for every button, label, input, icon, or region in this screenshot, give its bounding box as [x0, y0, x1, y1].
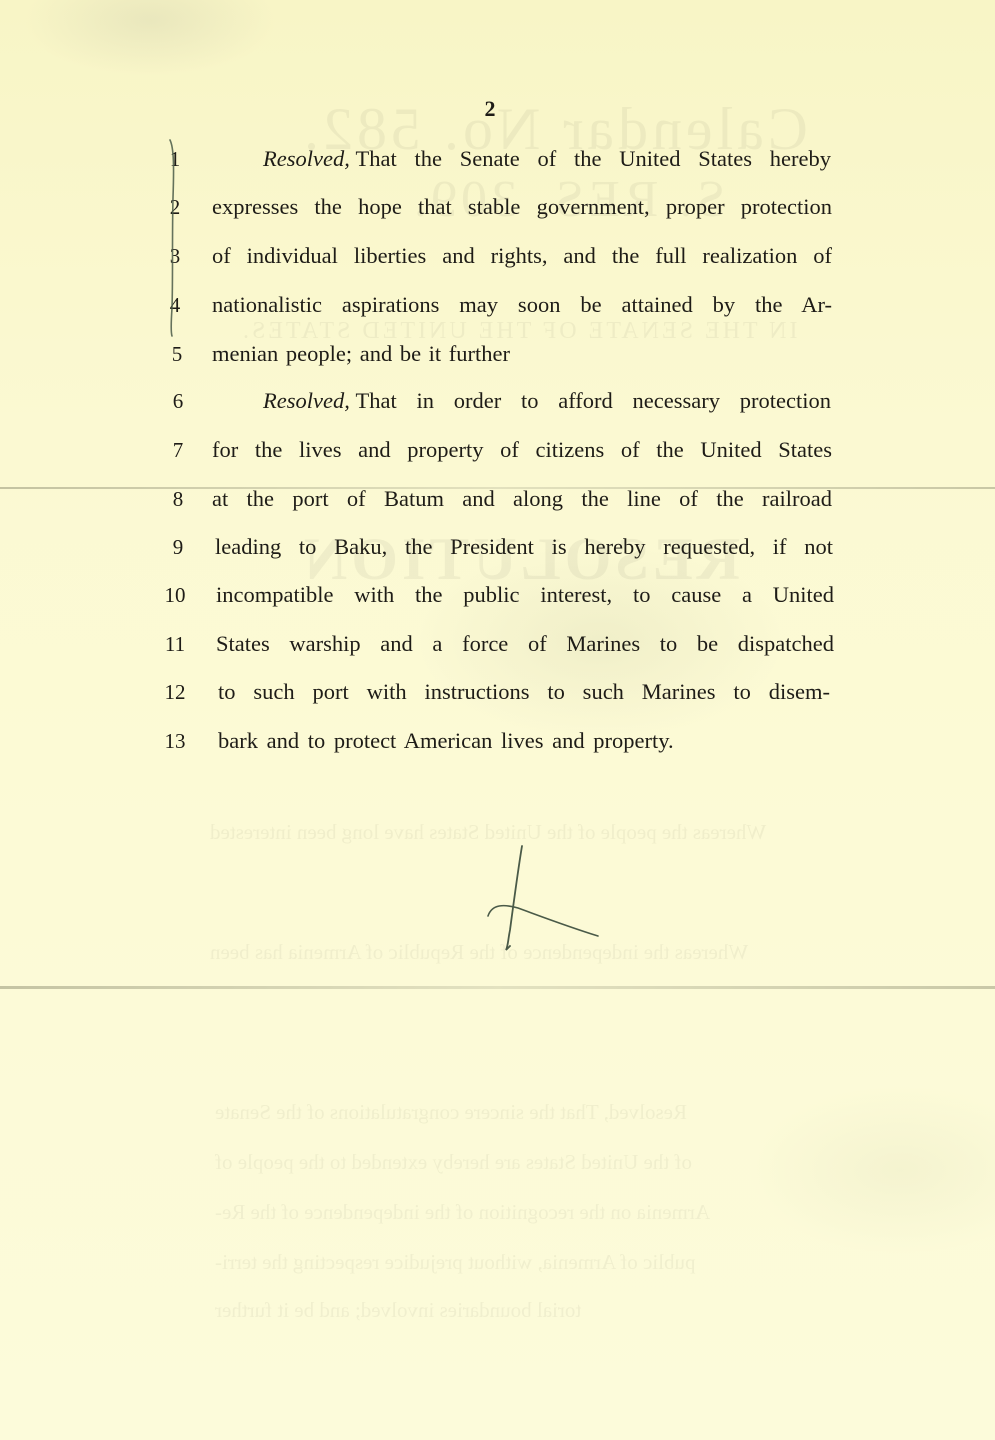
- line-text: of individual liberties and rights, and …: [212, 241, 832, 271]
- bleed-through-body-6: public of Armenia, without prejudice res…: [215, 1250, 696, 1275]
- line-text: bark and to protect American lives and p…: [218, 726, 838, 756]
- text-line: 2 expresses the hope that stable governm…: [0, 192, 995, 222]
- text-line: 1 Resolved, That the Senate of the Unite…: [0, 144, 995, 174]
- line-content: Resolved, That the Senate of the United …: [263, 144, 831, 174]
- line-text: nationalistic aspirations may soon be at…: [212, 290, 832, 320]
- text-line: 3 of individual liberties and rights, an…: [0, 241, 995, 271]
- text-line: 6 Resolved, That in order to afford nece…: [0, 386, 995, 416]
- resolved-italic: Resolved,: [263, 386, 350, 416]
- line-text: for the lives and property of citizens o…: [212, 435, 832, 465]
- text-line: 11 States warship and a force of Marines…: [0, 629, 995, 659]
- line-text: incompatible with the public interest, t…: [216, 580, 834, 610]
- line-number: 13: [155, 726, 195, 756]
- line-number: 11: [155, 629, 195, 659]
- line-text: menian people; and be it further: [212, 339, 832, 369]
- line-text: That the Senate of the United States her…: [355, 144, 831, 174]
- page-number: 2: [0, 96, 980, 122]
- bleed-through-body-4: of the United States are hereby extended…: [215, 1150, 692, 1175]
- line-text: expresses the hope that stable governmen…: [212, 192, 832, 222]
- line-text: That in order to afford necessary protec…: [355, 386, 831, 416]
- line-content: Resolved, That in order to afford necess…: [263, 386, 831, 416]
- text-line: 10 incompatible with the public interest…: [0, 580, 995, 610]
- bleed-through-body-7: torial boundaries involved; and be it fu…: [215, 1298, 581, 1323]
- text-line: 8 at the port of Batum and along the lin…: [0, 484, 995, 514]
- line-number: 12: [155, 677, 195, 707]
- bleed-through-body-5: Armenia on the recognition of the indepe…: [215, 1200, 710, 1225]
- pencil-cross-mark-icon: [470, 840, 610, 960]
- line-number: 10: [155, 580, 195, 610]
- line-number: 6: [158, 386, 198, 416]
- text-line: 12 to such port with instructions to suc…: [0, 677, 995, 707]
- text-line: 13 bark and to protect American lives an…: [0, 726, 995, 756]
- resolved-italic: Resolved,: [263, 144, 350, 174]
- text-line: 9 leading to Baku, the President is here…: [0, 532, 995, 562]
- line-number: 5: [157, 339, 197, 369]
- line-number: 7: [158, 435, 198, 465]
- line-text: States warship and a force of Marines to…: [216, 629, 834, 659]
- pencil-margin-line-icon: [160, 138, 190, 338]
- line-number: 9: [158, 532, 198, 562]
- paper-fold-line: [0, 986, 995, 989]
- text-line: 4 nationalistic aspirations may soon be …: [0, 290, 995, 320]
- bleed-through-body-3: Resolved, That the sincere congratulatio…: [215, 1100, 687, 1125]
- line-number: 8: [158, 484, 198, 514]
- text-line: 5 menian people; and be it further: [0, 339, 995, 369]
- text-line: 7 for the lives and property of citizens…: [0, 435, 995, 465]
- line-text: to such port with instructions to such M…: [218, 677, 830, 707]
- line-text: at the port of Batum and along the line …: [212, 484, 832, 514]
- line-text: leading to Baku, the President is hereby…: [215, 532, 833, 562]
